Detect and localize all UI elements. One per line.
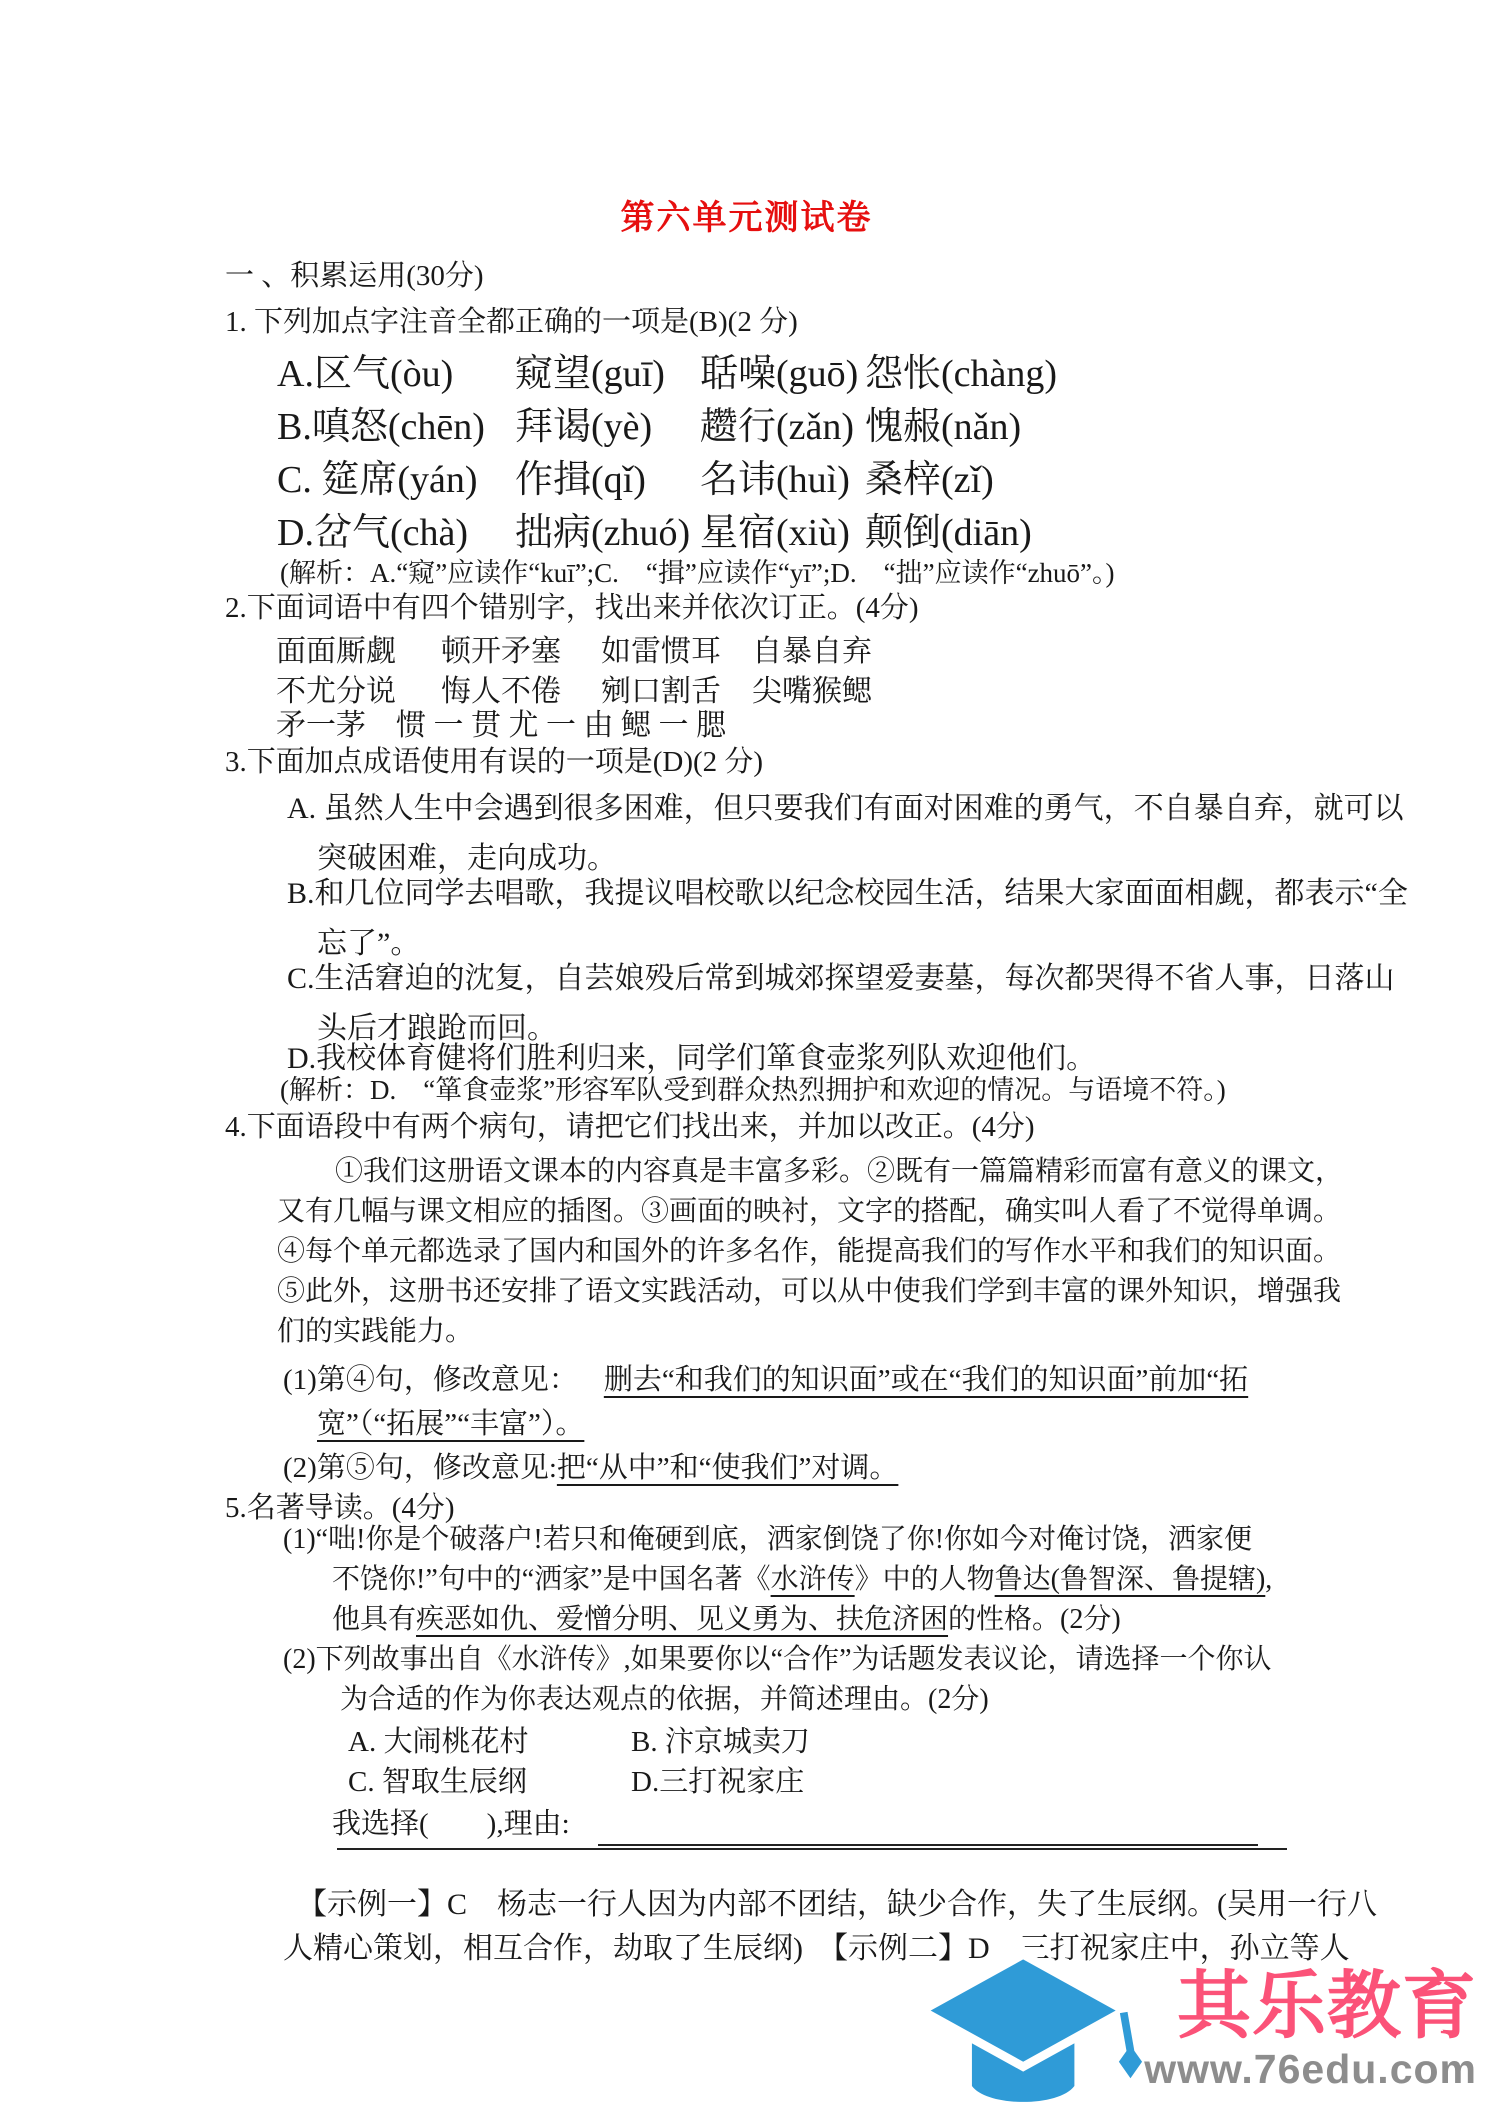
q4-passage-line: 们的实践能力。 <box>277 1312 1443 1352</box>
q1-word: B.嗔怒(chēn) <box>277 395 485 450</box>
q5-underlined-answer: 鲁达(鲁智深、鲁提辖) <box>995 1564 1266 1595</box>
q4-passage-line: ①我们这册语文课本的内容真是丰富多彩。②既有一篇篇精彩而富有意义的课文， <box>277 1152 1443 1192</box>
q1-word: 作揖(qǐ) <box>515 448 646 503</box>
q4-sub1-answer-part2: 宽”（“拓展”“丰富”）。 <box>317 1408 584 1440</box>
q3-option-a-line1: A. 虽然人生中会遇到很多困难，但只要我们有面对困难的勇气，不自暴自弃，就可以 <box>287 784 1443 834</box>
test-paper-page: 第六单元测试卷 一 、积累运用(30分) 1. 下列加点字注音全都正确的一项是(… <box>0 0 1493 2112</box>
q1-word: 愧赧(nǎn) <box>865 395 1021 450</box>
q1-option-row-a: A.区气(òu) 窥望(guī) 聒噪(guō) 怨怅(chàng) <box>277 342 1443 395</box>
q1-option-row-d: D.岔气(chà) 拙病(zhuó) 星宿(xiù) 颠倒(diān) <box>277 501 1443 554</box>
q5-select-line: 我选择( ),理由: <box>332 1802 1443 1846</box>
q1-word: 颠倒(diān) <box>865 501 1032 556</box>
q5-text: 》中的人物 <box>855 1564 995 1595</box>
q3-stem: 3.下面加点成语使用有误的一项是(D)(2 分) <box>225 744 1443 780</box>
q1-word: 窥望(guī) <box>515 342 665 397</box>
q4-stem: 4.下面语段中有两个病句，请把它们找出来，并加以改正。(4分) <box>225 1109 1443 1145</box>
q5-part2-line2: 为合适的作为你表达观点的依据，并简述理由。(2分) <box>340 1680 1443 1720</box>
q5-text: 不饶你!”句中的“洒家”是中国名著《 <box>332 1564 771 1595</box>
q2-word: 悔人不倦 <box>441 666 561 710</box>
q4-sub1-line1: (1)第④句，修改意见：删去“和我们的知识面”或在“我们的知识面”前加“拓 <box>283 1358 1443 1402</box>
q1-word: 聒噪(guō) <box>700 342 858 397</box>
q5-part1-line2: 不饶你!”句中的“洒家”是中国名著《水浒传》中的人物鲁达(鲁智深、鲁提辖), <box>332 1560 1443 1600</box>
q4-sub1-answer-part1: 删去“和我们的知识面”或在“我们的知识面”前加“拓 <box>604 1364 1248 1396</box>
q5-sample-answer-line1: 【示例一】C 杨志一行人因为内部不团结，缺少合作，失了生辰纲。(吴用一行八 <box>297 1883 1443 1927</box>
q2-word: 自暴自弃 <box>752 626 872 670</box>
q3-option-c-line1: C.生活窘迫的沈复，自芸娘殁后常到城郊探望爱妻墓，每次都哭得不省人事，日落山 <box>287 954 1443 1004</box>
q1-word: 拙病(zhuó) <box>515 501 690 556</box>
q1-word: C. 筵席(yán) <box>277 448 478 503</box>
q1-option-row-b: B.嗔怒(chēn) 拜谒(yè) 趱行(zǎn) 愧赧(nǎn) <box>277 395 1443 448</box>
q5-text: , <box>1265 1564 1272 1595</box>
brand-logo: 其乐教育 www.76edu.com <box>912 1944 1477 2110</box>
q4-sub2-answer: 把“从中”和“使我们”对调。 <box>557 1452 899 1484</box>
q2-word-row: 面面厮觑 顿开矛塞 如雷惯耳 自暴自弃 <box>276 626 1443 666</box>
q5-part1-line3: 他具有疾恶如仇、爱憎分明、见义勇为、扶危济困的性格。(2分) <box>332 1600 1443 1640</box>
q4-passage: ①我们这册语文课本的内容真是丰富多彩。②既有一篇篇精彩而富有意义的课文， 又有几… <box>277 1152 1443 1352</box>
q1-word: 桑梓(zǐ) <box>865 448 994 503</box>
page-title: 第六单元测试卷 <box>0 190 1493 239</box>
q1-word: 趱行(zǎn) <box>700 395 854 450</box>
q1-stem: 1. 下列加点字注音全都正确的一项是(B)(2 分) <box>225 304 1443 340</box>
q4-sub1-line2: 宽”（“拓展”“丰富”）。 <box>317 1402 1443 1446</box>
q1-analysis: (解析：A.“窥”应读作“kuī”;C. “揖”应读作“yī”;D. “拙”应读… <box>280 556 1443 590</box>
q5-text: 的性格。(2分) <box>948 1604 1121 1635</box>
q5-choice-d: D.三打祝家庄 <box>631 1762 1443 1802</box>
q4-passage-line: ④每个单元都选录了国内和国外的许多名作，能提高我们的写作水平和我们的知识面。 <box>277 1232 1443 1272</box>
q2-word: 剜口割舌 <box>601 666 721 710</box>
q2-word-list: 面面厮觑 顿开矛塞 如雷惯耳 自暴自弃 不尤分说 悔人不倦 剜口割舌 尖嘴猴鳃 <box>276 626 1443 706</box>
q2-word: 尖嘴猴鳃 <box>752 666 872 710</box>
q2-stem: 2.下面词语中有四个错别字，找出来并依次订正。(4分) <box>225 590 1443 626</box>
q5-underlined-answer: 疾恶如仇、爱憎分明、见义勇为、扶危济困 <box>416 1604 948 1635</box>
brand-url: www.76edu.com <box>1144 2047 1477 2092</box>
q5-part2-line1: (2)下列故事出自《水浒传》,如果要你以“合作”为话题发表议论，请选择一个你认 <box>283 1640 1443 1680</box>
graduation-cap-icon <box>912 1944 1144 2110</box>
section-1-header: 一 、积累运用(30分) <box>225 258 1443 294</box>
q4-sub2-line: (2)第⑤句，修改意见:把“从中”和“使我们”对调。 <box>283 1446 1443 1490</box>
q5-choice-b: B. 汴京城卖刀 <box>631 1722 1443 1762</box>
q1-option-row-c: C. 筵席(yán) 作揖(qǐ) 名讳(huì) 桑梓(zǐ) <box>277 448 1443 501</box>
q1-word: 拜谒(yè) <box>515 395 652 450</box>
q2-word: 面面厮觑 <box>276 626 396 670</box>
q1-options: A.区气(òu) 窥望(guī) 聒噪(guō) 怨怅(chàng) B.嗔怒(… <box>277 342 1443 554</box>
q1-word: A.区气(òu) <box>277 342 453 397</box>
q5-answer-rule-line <box>337 1848 1287 1850</box>
q2-answer: 矛一茅 惯 一 贯 尤 一 由 鳃 一 腮 <box>276 708 1443 744</box>
brand-name: 其乐教育 <box>1177 1967 1477 2045</box>
q4-passage-line: ⑤此外，这册书还安排了语文实践活动，可以从中使我们学到丰富的课外知识，增强我 <box>277 1272 1443 1312</box>
q5-answer-blank-line <box>598 1808 1258 1846</box>
q2-word: 顿开矛塞 <box>441 626 561 670</box>
q3-analysis: (解析：D. “箪食壶浆”形容军队受到群众热烈拥护和欢迎的情况。与语境不符。) <box>280 1073 1443 1107</box>
q1-word: 怨怅(chàng) <box>865 342 1057 397</box>
q4-passage-line: 又有几幅与课文相应的插图。③画面的映衬，文字的搭配，确实叫人看了不觉得单调。 <box>277 1192 1443 1232</box>
q1-word: D.岔气(chà) <box>277 501 468 556</box>
q5-text: 他具有 <box>332 1604 416 1635</box>
q4-sub1-label: (1)第④句，修改意见： <box>283 1364 578 1396</box>
brand-text-block: 其乐教育 www.76edu.com <box>1144 1967 1477 2110</box>
q5-choice-c: C. 智取生辰纲 <box>348 1762 631 1802</box>
q1-word: 星宿(xiù) <box>700 501 850 556</box>
q5-select-label: 我选择( ),理由: <box>332 1802 570 1846</box>
q2-word: 不尤分说 <box>276 666 396 710</box>
q5-part1-line1: (1)“咄!你是个破落户!若只和俺硬到底，洒家倒饶了你!你如今对俺讨饶，洒家便 <box>283 1520 1443 1560</box>
q2-word: 如雷惯耳 <box>601 626 721 670</box>
q5-underlined-answer: 水浒传 <box>771 1564 855 1595</box>
q1-word: 名讳(huì) <box>700 448 850 503</box>
q5-choices: A. 大闹桃花村 B. 汴京城卖刀 C. 智取生辰纲 D.三打祝家庄 <box>348 1722 1443 1802</box>
q5-choice-a: A. 大闹桃花村 <box>348 1722 631 1762</box>
q4-sub2-label: (2)第⑤句，修改意见: <box>283 1452 557 1484</box>
q2-word-row: 不尤分说 悔人不倦 剜口割舌 尖嘴猴鳃 <box>276 666 1443 706</box>
q3-option-b-line1: B.和几位同学去唱歌，我提议唱校歌以纪念校园生活，结果大家面面相觑，都表示“全 <box>287 869 1443 919</box>
